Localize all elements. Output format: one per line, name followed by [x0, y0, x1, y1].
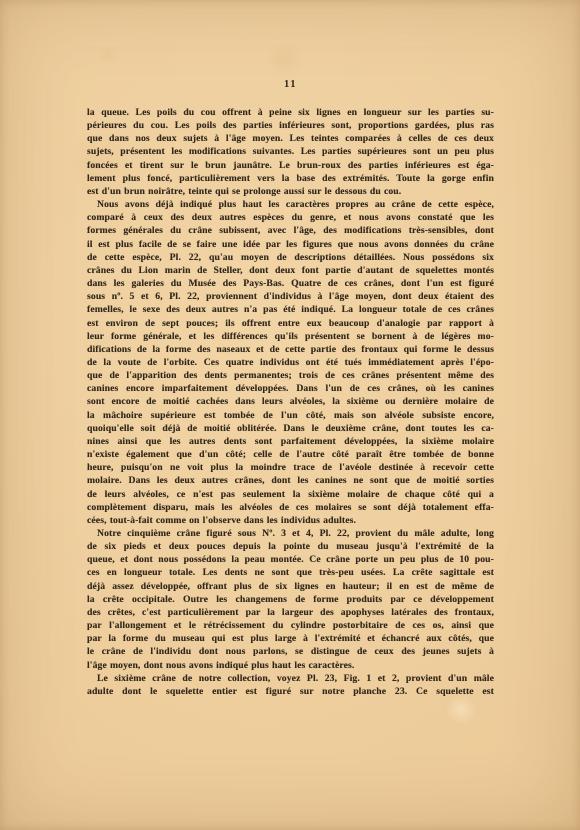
text-line: quoiqu'elle soit déjà de moitié oblitéré… [87, 422, 494, 435]
text-line: foncées et tirent sur le brun jaunâtre. … [87, 159, 494, 172]
text-line: sont encore de moitié cachées dans leurs… [87, 395, 494, 408]
text-line: par la forme du museau qui est plus larg… [87, 632, 494, 645]
text-line: canines encore imparfaitement développée… [87, 382, 494, 395]
text-line: formes générales du crâne subissent, ave… [87, 224, 494, 237]
text-line: nines ainsi que les autres dents sont pa… [87, 435, 494, 448]
text-line: crânes du Lion marin de Steller, dont de… [87, 264, 494, 277]
text-line: Notre cinquième crâne figuré sous Nº. 3 … [87, 527, 494, 540]
text-line: cées, tout-à-fait comme on l'observe dan… [87, 514, 494, 527]
text-line: déjà assez développée, offrant plus de s… [87, 580, 494, 593]
text-line: difications de la forme des naseaux et d… [87, 343, 494, 356]
text-line: par l'allongement et le rétrécissement d… [87, 619, 494, 632]
text-line: l'âge moyen, dont nous avons indiqué plu… [87, 659, 494, 672]
text-line: de six pieds et deux pouces depuis la po… [87, 540, 494, 553]
text-line: la crête occipitale. Outre les changemen… [87, 593, 494, 606]
text-line: la mâchoire supérieure est tombée de l'u… [87, 409, 494, 422]
text-line: Le sixième crâne de notre collection, vo… [87, 672, 494, 685]
text-line: de la voute de l'orbite. Ces quatre indi… [87, 356, 494, 369]
text-block: la queue. Les poils du cou offrent à pei… [87, 106, 494, 698]
text-line: heure, puisqu'on ne voit plus la moindre… [87, 461, 494, 474]
text-line: molaire. Dans les deux autres crânes, do… [87, 474, 494, 487]
text-line: de leurs alvéoles, ce n'est pas seulemen… [87, 488, 494, 501]
text-line: est d'un brun noirâtre, teinte qui se pr… [87, 185, 494, 198]
text-line: ces en longueur totale. Les dents ne son… [87, 566, 494, 579]
text-line: périeures du cou. Les poils des parties … [87, 119, 494, 132]
text-line: complètement disparu, mais les alvéoles … [87, 501, 494, 514]
text-line: comparé à ceux des deux autres espèces d… [87, 211, 494, 224]
text-line: femelles, le sexe des deux autres n'a pa… [87, 303, 494, 316]
text-line: est environ de sept pouces; ils offrent … [87, 317, 494, 330]
text-line: que dans nos deux sujets à l'âge moyen. … [87, 132, 494, 145]
text-line: des crêtes, c'est particulièrement par l… [87, 606, 494, 619]
text-line: dans les galeries du Musée des Pays-Bas.… [87, 277, 494, 290]
text-line: il est plus facile de se faire une idée … [87, 238, 494, 251]
text-line: queue, et dont nous possédons la peau mo… [87, 553, 494, 566]
text-line: la queue. Les poils du cou offrent à pei… [87, 106, 494, 119]
text-line: leur forme générale, et les différences … [87, 330, 494, 343]
text-line: que de l'apparition des dents permanente… [87, 369, 494, 382]
text-line: sous nº. 5 et 6, Pl. 22, proviennent d'i… [87, 290, 494, 303]
text-line: Nous avons déjà indiqué plus haut les ca… [87, 198, 494, 211]
text-line: de cette espèce, Pl. 22, qu'au moyen de … [87, 251, 494, 264]
text-line: n'existe également que d'un côté; celle … [87, 448, 494, 461]
text-line: lement plus foncé, particulièrement vers… [87, 172, 494, 185]
page-number: 11 [87, 79, 494, 90]
text-line: le crâne de l'individu dont nous parlons… [87, 645, 494, 658]
text-line: adulte dont le squelette entier est figu… [87, 685, 494, 698]
text-line: sujets, présentent les modifications sui… [87, 145, 494, 158]
book-page-scan: 11 la queue. Les poils du cou offrent à … [0, 0, 580, 830]
